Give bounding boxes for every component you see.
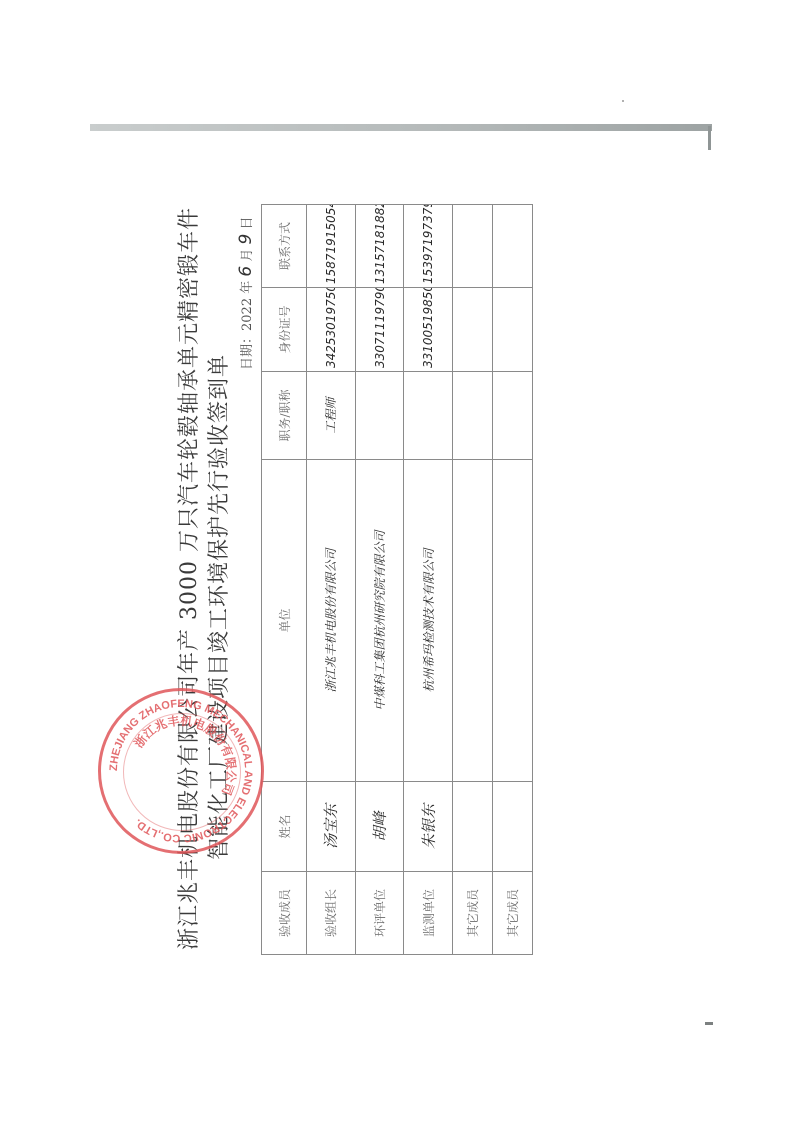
- cell-unit: 中煤科工集团杭州研究院有限公司: [355, 460, 404, 782]
- cell-unit: 杭州希玛检测技术有限公司: [404, 460, 453, 782]
- table-header-row: 验收成员 姓名 单位 职务/职称 身份证号 联系方式: [262, 205, 307, 955]
- cell-name: [493, 782, 533, 872]
- cell-id-number: 33071119790505: [355, 288, 404, 372]
- cell-phone: [453, 205, 493, 288]
- cell-name: 朱银东: [404, 782, 453, 872]
- cell-id-number: [453, 288, 493, 372]
- cell-name: [453, 782, 493, 872]
- cell-role: 环评单位: [355, 872, 404, 955]
- cell-phone: [493, 205, 533, 288]
- document-date: 日期：2022 年 6 月 9 日: [236, 217, 256, 370]
- cell-role: 其它成员: [453, 872, 493, 955]
- header-unit: 单位: [262, 460, 307, 782]
- cell-id-number: 331005198509160617: [404, 288, 453, 372]
- cell-title: [493, 372, 533, 460]
- company-seal: ZHEJIANG ZHAOFENG MECHANICAL AND ELECTRO…: [98, 688, 264, 854]
- date-label: 日期：2022 年: [240, 281, 255, 370]
- cell-id-number: 342530197508260020: [307, 288, 356, 372]
- cell-name: 胡峰: [355, 782, 404, 872]
- date-day: 9: [236, 234, 256, 245]
- date-month: 6: [236, 266, 256, 277]
- scan-edge-shadow: [90, 124, 712, 131]
- date-month-unit: 月: [240, 249, 255, 262]
- header-phone: 联系方式: [262, 205, 307, 288]
- cell-role: 其它成员: [493, 872, 533, 955]
- header-id-number: 身份证号: [262, 288, 307, 372]
- table-row: 验收组长汤宝东浙江兆丰机电股份有限公司工程师342530197508260020…: [307, 205, 356, 955]
- cell-id-number: [493, 288, 533, 372]
- table-row: 监测单位朱银东杭州希玛检测技术有限公司331005198509160617153…: [404, 205, 453, 955]
- cell-title: [453, 372, 493, 460]
- cell-role: 监测单位: [404, 872, 453, 955]
- cell-name: 汤宝东: [307, 782, 356, 872]
- table-row: 其它成员: [453, 205, 493, 955]
- cell-unit: [493, 460, 533, 782]
- cell-phone: 15871915054: [307, 205, 356, 288]
- cell-unit: 浙江兆丰机电股份有限公司: [307, 460, 356, 782]
- scan-speck: [622, 100, 624, 102]
- cell-title: [404, 372, 453, 460]
- cell-phone: 15397197379: [404, 205, 453, 288]
- scan-edge-corner: [708, 126, 711, 150]
- header-name: 姓名: [262, 782, 307, 872]
- cell-title: [355, 372, 404, 460]
- seal-text-icon: ZHEJIANG ZHAOFENG MECHANICAL AND ELECTRO…: [98, 688, 264, 854]
- scan-mark: [705, 1022, 713, 1025]
- cell-phone: 13157181882: [355, 205, 404, 288]
- date-day-unit: 日: [240, 217, 255, 230]
- header-title: 职务/职称: [262, 372, 307, 460]
- cell-title: 工程师: [307, 372, 356, 460]
- sign-in-table: 验收成员 姓名 单位 职务/职称 身份证号 联系方式 验收组长汤宝东浙江兆丰机电…: [261, 204, 533, 955]
- cell-unit: [453, 460, 493, 782]
- cell-role: 验收组长: [307, 872, 356, 955]
- header-role: 验收成员: [262, 872, 307, 955]
- table-row: 环评单位胡峰中煤科工集团杭州研究院有限公司3307111979050513157…: [355, 205, 404, 955]
- table-row: 其它成员: [493, 205, 533, 955]
